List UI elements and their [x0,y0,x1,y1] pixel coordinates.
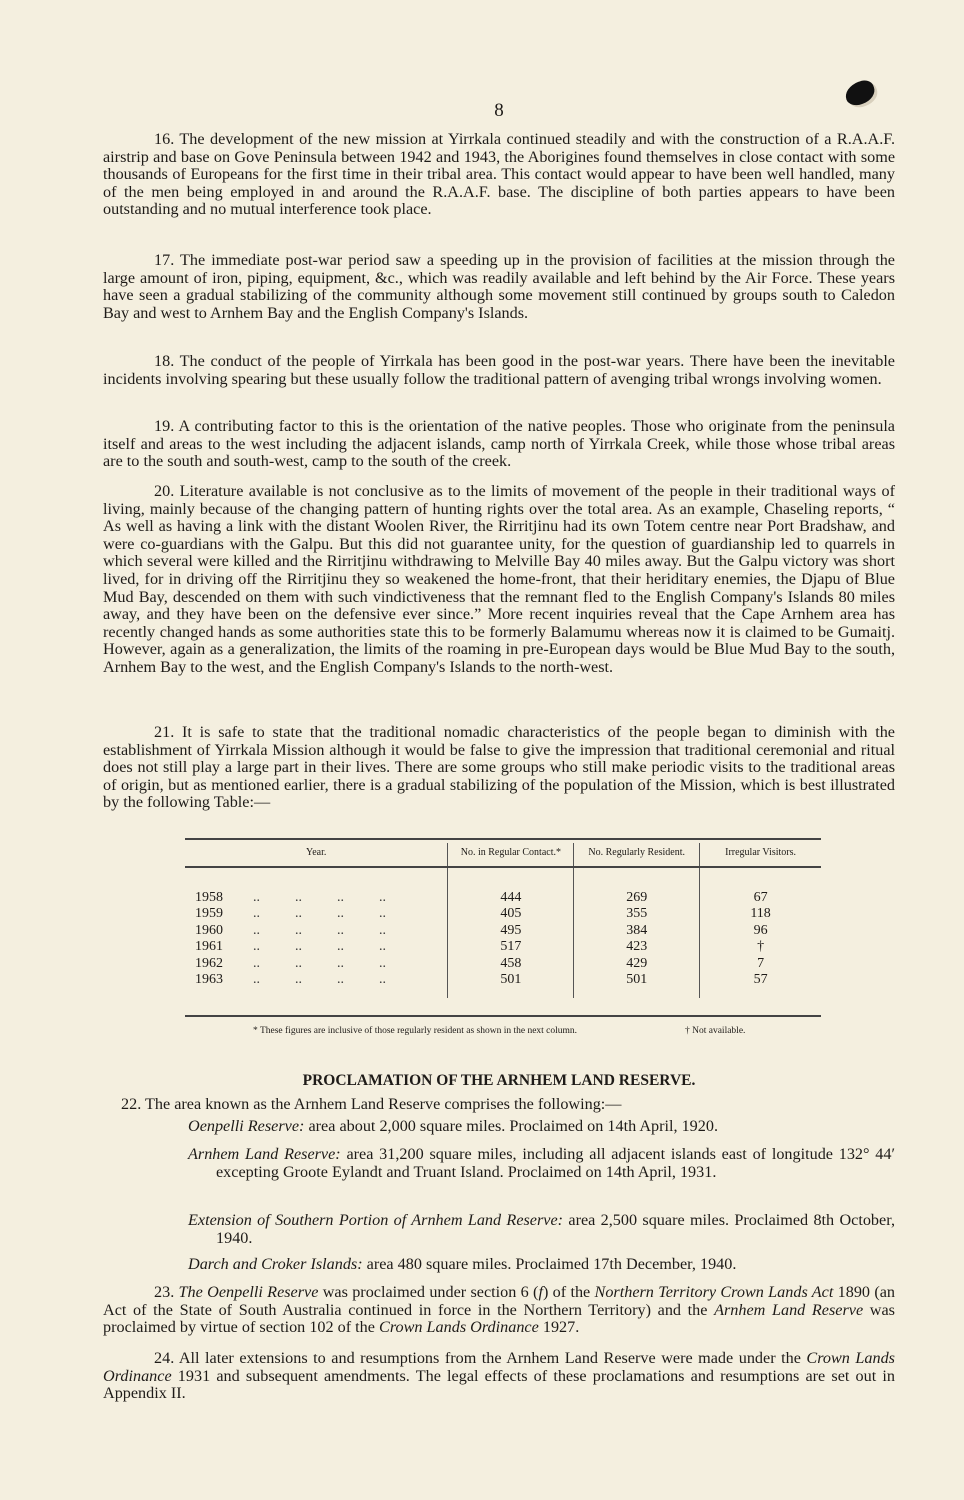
year-cell: 1961 [185,939,253,955]
section-heading: PROCLAMATION OF THE ARNHEM LAND RESERVE. [103,1072,895,1090]
reserve-name: Extension of Southern Portion of Arnhem … [188,1211,563,1229]
paragraph-17: 17. The immediate post-war period saw a … [103,252,895,322]
reserve-item-arnhem: Arnhem Land Reserve: area 31,200 square … [188,1146,895,1181]
footnote-dagger: † Not available. [685,1026,745,1036]
resident-cell: 269 [574,890,700,906]
table-bottom-rule [185,1015,821,1017]
reserve-item-darch-croker: Darch and Croker Islands: area 480 squar… [188,1256,895,1274]
contact-cell: 517 [448,939,574,955]
paragraph-23: 23. The Oenpelli Reserve was proclaimed … [103,1284,895,1337]
population-table: Year. No. in Regular Contact.* No. Regul… [185,843,821,998]
visitors-cell: 67 [700,890,821,906]
table-row: 1962.. .. .. .. 458 429 7 [185,956,821,972]
page-number: 8 [103,100,895,122]
contact-cell: 458 [448,956,574,972]
reserve-details: area about 2,000 square miles. Proclaime… [304,1117,718,1135]
paragraph-19: 19. A contributing factor to this is the… [103,418,895,471]
table-row: 1961.. .. .. .. 517 423 † [185,939,821,955]
table-row: 1958.. .. .. .. 444 269 67 [185,890,821,906]
paragraph-21: 21. It is safe to state that the traditi… [103,724,895,812]
resident-cell: 355 [574,906,700,922]
header-regular-contact: No. in Regular Contact.* [448,843,574,867]
leader-dots: .. .. .. .. [253,923,386,938]
table-row: 1963.. .. .. .. 501 501 57 [185,972,821,998]
year-cell: 1958 [185,890,253,906]
leader-dots: .. .. .. .. [253,906,386,921]
header-irregular-visitors: Irregular Visitors. [700,843,821,867]
table-row: 1960.. .. .. .. 495 384 96 [185,923,821,939]
table-top-rule [185,838,821,840]
contact-cell: 405 [448,906,574,922]
visitors-cell: 7 [700,956,821,972]
resident-cell: 384 [574,923,700,939]
reserve-details: area 480 square miles. Proclaimed 17th D… [363,1255,737,1273]
year-cell: 1963 [185,972,253,988]
paragraph-18: 18. The conduct of the people of Yirrkal… [103,353,895,388]
leader-dots: .. .. .. .. [253,956,386,971]
resident-cell: 429 [574,956,700,972]
contact-cell: 501 [448,972,574,998]
table-row: 1959.. .. .. .. 405 355 118 [185,906,821,922]
paragraph-16: 16. The development of the new mission a… [103,131,895,219]
leader-dots: .. .. .. .. [253,890,386,905]
footnote-star: * These figures are inclusive of those r… [253,1026,577,1036]
paragraph-24: 24. All later extensions to and resumpti… [103,1350,895,1403]
visitors-cell: 118 [700,906,821,922]
reserve-item-oenpelli: Oenpelli Reserve: area about 2,000 squar… [188,1118,895,1136]
visitors-cell: 96 [700,923,821,939]
visitors-cell: † [700,939,821,955]
resident-cell: 501 [574,972,700,998]
year-cell: 1962 [185,956,253,972]
contact-cell: 495 [448,923,574,939]
reserve-name: Arnhem Land Reserve: [188,1145,341,1163]
header-year: Year. [185,843,448,867]
year-cell: 1960 [185,923,253,939]
reserve-name: Oenpelli Reserve: [188,1117,304,1135]
paragraph-20: 20. Literature available is not conclusi… [103,483,895,677]
leader-dots: .. .. .. .. [253,972,386,987]
resident-cell: 423 [574,939,700,955]
paragraph-22-intro: 22. The area known as the Arnhem Land Re… [121,1096,621,1114]
reserve-item-extension: Extension of Southern Portion of Arnhem … [188,1212,895,1247]
year-cell: 1959 [185,906,253,922]
leader-dots: .. .. .. .. [253,939,386,954]
visitors-cell: 57 [700,972,821,998]
header-regularly-resident: No. Regularly Resident. [574,843,700,867]
contact-cell: 444 [448,890,574,906]
reserve-name: Darch and Croker Islands: [188,1255,363,1273]
